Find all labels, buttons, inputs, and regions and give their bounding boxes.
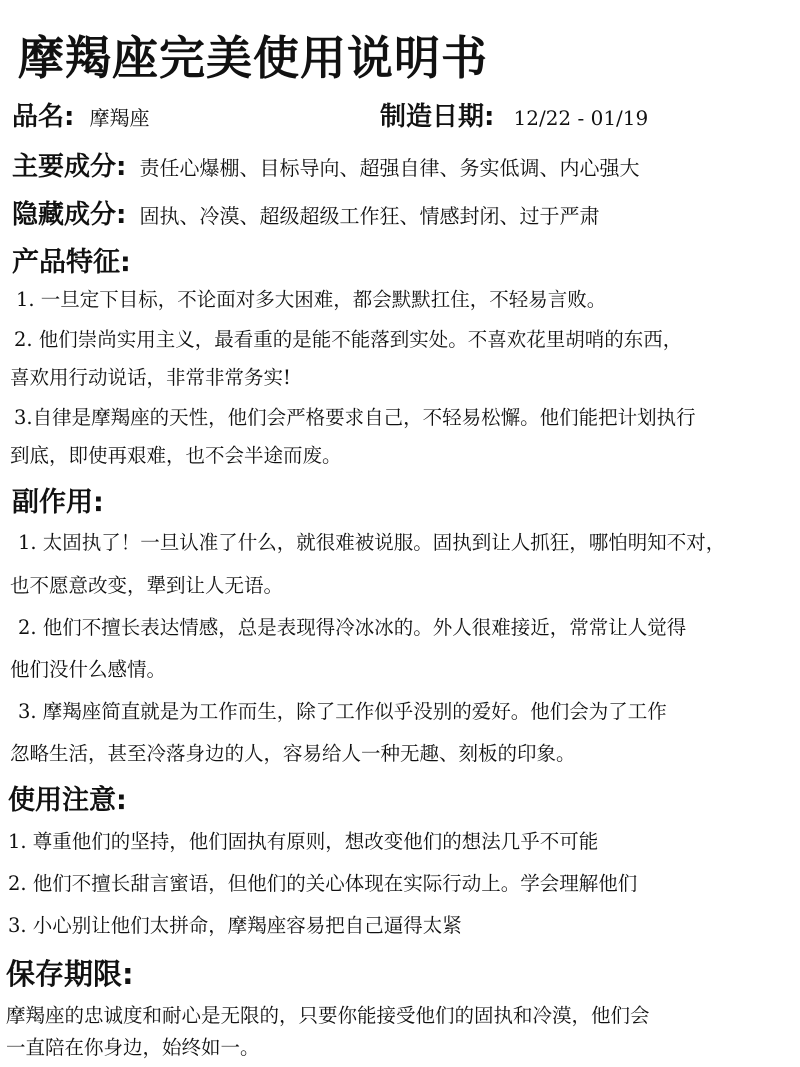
hidden-ingredients-row: 隐藏成分: 固执、冷漠、超级超级工作狂、情感封闭、过于严肃 — [12, 194, 600, 231]
product-name-row: 品名: 摩羯座 — [12, 96, 150, 133]
shelf-life-heading: 保存期限: — [6, 952, 134, 993]
side-effect-line: 3. 摩羯座简直就是为工作而生，除了工作似乎没别的爱好。他们会为了工作 — [18, 696, 667, 724]
shelf-life-line: 摩羯座的忠诚度和耐心是无限的，只要你能接受他们的固执和冷漠，他们会 — [6, 1000, 650, 1028]
side-effect-line: 也不愿意改变，犟到让人无语。 — [10, 570, 283, 598]
feature-line: 1. 一旦定下目标，不论面对多大困难，都会默默扛住，不轻易言败。 — [16, 284, 606, 312]
hidden-ingredients-value: 固执、冷漠、超级超级工作狂、情感封闭、过于严肃 — [140, 204, 600, 228]
page-title: 摩羯座完美使用说明书 — [18, 22, 488, 88]
main-ingredients-label: 主要成分: — [12, 152, 126, 182]
main-ingredients-value: 责任心爆棚、目标导向、超强自律、务实低调、内心强大 — [140, 156, 640, 180]
hidden-ingredients-label: 隐藏成分: — [12, 200, 126, 230]
side-effects-heading: 副作用: — [12, 480, 104, 519]
feature-line: 2. 他们崇尚实用主义，最看重的是能不能落到实处。不喜欢花里胡哨的东西， — [14, 324, 682, 352]
side-effect-line: 1. 太固执了！一旦认准了什么，就很难被说服。固执到让人抓狂，哪怕明知不对， — [18, 527, 725, 555]
product-name-label: 品名: — [12, 102, 74, 132]
features-heading: 产品特征: — [12, 240, 131, 279]
side-effect-line: 2. 他们不擅长表达情感，总是表现得冷冰冰的。外人很难接近，常常让人觉得 — [18, 612, 686, 640]
usage-note-line: 2. 他们不擅长甜言蜜语，但他们的关心体现在实际行动上。学会理解他们 — [8, 868, 637, 896]
usage-notes-heading: 使用注意: — [8, 778, 127, 817]
shelf-life-line: 一直陪在你身边，始终如一。 — [6, 1032, 260, 1060]
side-effect-line: 忽略生活，甚至冷落身边的人，容易给人一种无趣、刻板的印象。 — [10, 738, 576, 766]
main-ingredients-row: 主要成分: 责任心爆棚、目标导向、超强自律、务实低调、内心强大 — [12, 146, 640, 183]
side-effect-line: 他们没什么感情。 — [10, 654, 166, 682]
product-name-value: 摩羯座 — [90, 106, 150, 130]
manufacture-date-row: 制造日期: 12/22 - 01/19 — [380, 96, 648, 133]
feature-line: 到底，即使再艰难，也不会半途而废。 — [10, 440, 342, 468]
feature-line: 喜欢用行动说话，非常非常务实! — [10, 362, 291, 390]
feature-line: 3.自律是摩羯座的天性，他们会严格要求自己，不轻易松懈。他们能把计划执行 — [14, 402, 696, 430]
usage-note-line: 3. 小心别让他们太拼命，摩羯座容易把自己逼得太紧 — [8, 910, 462, 938]
manufacture-date-label: 制造日期: — [380, 102, 494, 132]
usage-note-line: 1. 尊重他们的坚持，他们固执有原则，想改变他们的想法几乎不可能 — [8, 826, 598, 854]
manufacture-date-value: 12/22 - 01/19 — [514, 106, 649, 130]
